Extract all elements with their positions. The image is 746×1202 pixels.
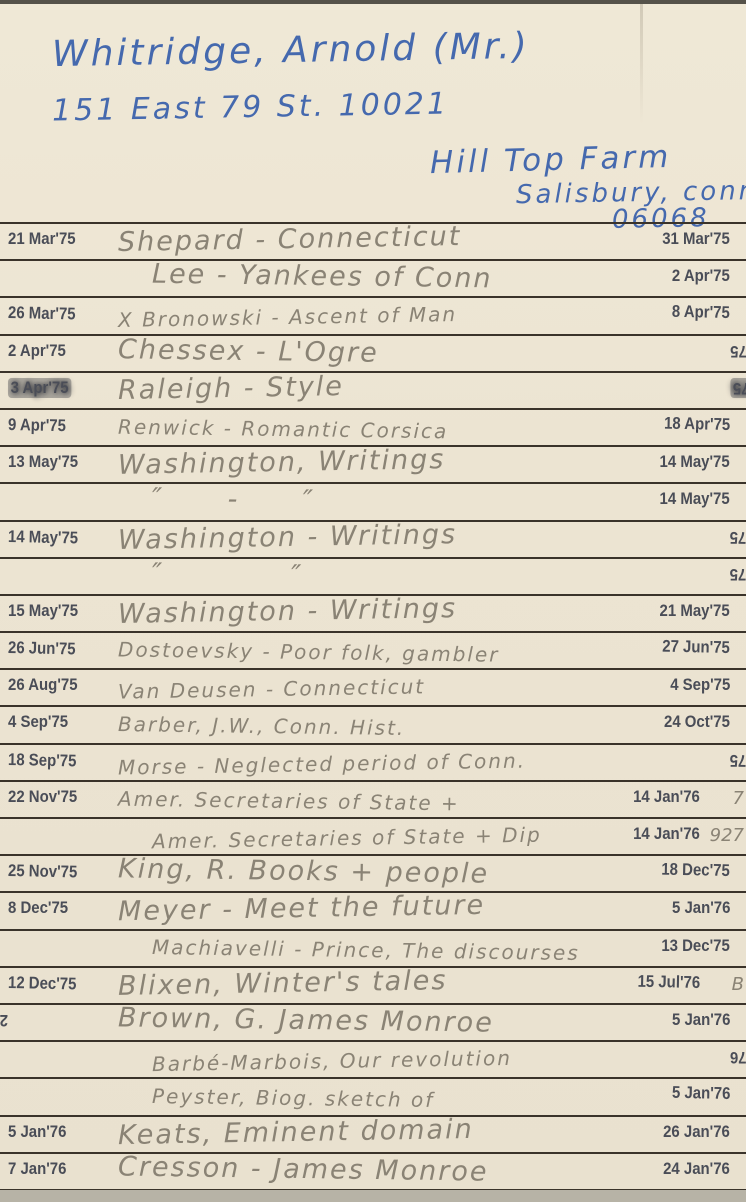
book-title: Washington - Writings <box>118 593 458 630</box>
book-title: Keats, Eminent domain <box>118 1113 474 1150</box>
checkout-date-stamp: 5 Jan'76 <box>8 1122 66 1142</box>
checkout-date-stamp: 8 Dec'75 <box>8 898 68 918</box>
due-date-stamp: 13 Dec'75 <box>662 936 730 956</box>
book-title: Washington - Writings <box>118 519 458 556</box>
checkout-row: 14 May'75Washington - Writings15 May'75 <box>0 522 746 559</box>
book-title: Meyer - Meet the future <box>118 890 486 927</box>
book-title: Cresson - James Monroe <box>118 1151 489 1187</box>
due-date-stamp: 18 Dec'75 <box>661 860 730 881</box>
checkout-date-stamp: 12 Dec'75 <box>8 973 77 994</box>
due-date-stamp: 8 Apr'75 <box>672 302 730 323</box>
due-date-stamp: 5 Jan'76 <box>672 1010 730 1030</box>
checkout-row: Machiavelli - Prince, The discourses13 D… <box>0 931 746 968</box>
checkout-date-stamp: 2 Jan'76 <box>0 1010 8 1030</box>
due-date-stamp: 4 Sep'75 <box>670 675 730 695</box>
borrower-address: 151 East 79 St. 10021 <box>52 87 450 129</box>
checkout-row: 25 Nov'75King, R. Books + people18 Dec'7… <box>0 856 746 893</box>
checkout-row: 21 Mar'75Shepard - Connecticut31 Mar'75 <box>0 224 746 261</box>
checkout-row: 7 Jan'76Cresson - James Monroe24 Jan'76 <box>0 1154 746 1191</box>
checkout-row: 12 Dec'75Blixen, Winter's tales15 Jul'76… <box>0 968 746 1005</box>
due-date-stamp: 21 May'75 <box>660 601 730 621</box>
book-title: Shepard - Connecticut <box>118 221 462 258</box>
checkout-row: 13 May'75Washington, Writings14 May'75 <box>0 447 746 484</box>
checkout-row: 22 Nov'75Amer. Secretaries of State +14 … <box>0 782 746 819</box>
pencil-note: B <box>732 974 744 995</box>
checkout-row: 26 Aug'75Van Deusen - Connecticut4 Sep'7… <box>0 670 746 707</box>
book-title: Machiavelli - Prince, The discourses <box>152 935 580 965</box>
due-date-stamp: 24 Oct'75 <box>664 712 730 732</box>
due-date-stamp: 31 Mar'75 <box>662 229 730 249</box>
checkout-row: 18 Sep'75Morse - Neglected period of Con… <box>0 745 746 782</box>
farm-name: Hill Top Farm <box>430 139 672 181</box>
checkout-row: Barbé-Marbois, Our revolution23 Jan'76 <box>0 1042 746 1079</box>
book-title: Dostoevsky - Poor folk, gambler <box>118 637 500 666</box>
checkout-row: 8 Dec'75Meyer - Meet the future5 Jan'76 <box>0 893 746 930</box>
due-date-stamp: 15 May'75 <box>730 527 746 548</box>
checkout-row: 5 Jan'76Keats, Eminent domain26 Jan'76 <box>0 1117 746 1154</box>
checkout-row: 26 Jun'75Dostoevsky - Poor folk, gambler… <box>0 633 746 670</box>
checkout-date-stamp: 13 May'75 <box>8 452 78 472</box>
checkout-row: 4 Sep'75Barber, J.W., Conn. Hist.24 Oct'… <box>0 707 746 744</box>
checkout-date-stamp: 25 Nov'75 <box>8 861 78 882</box>
checkout-row: ″ ″15 May'75 <box>0 559 746 596</box>
book-title: King, R. Books + people <box>118 854 490 890</box>
book-title: Lee - Yankees of Conn <box>152 259 493 295</box>
book-title: Barber, J.W., Conn. Hist. <box>118 712 406 740</box>
checkout-date-stamp: 26 Jun'75 <box>8 638 76 659</box>
due-date-stamp: 14 Apr'75 <box>730 378 746 398</box>
card-bottom-edge <box>0 1190 746 1202</box>
borrower-name: Whitridge, Arnold (Mr.) <box>52 26 530 75</box>
checkout-row: Peyster, Biog. sketch of5 Jan'76 <box>0 1079 746 1116</box>
book-title: Amer. Secretaries of State + <box>118 786 460 815</box>
due-date-stamp: 2 Apr'75 <box>672 266 730 286</box>
checkout-date-stamp: 4 Sep'75 <box>8 712 68 732</box>
due-date-stamp: 14 May'75 <box>660 489 730 509</box>
due-date-stamp: 13 Apr'75 <box>730 341 746 361</box>
checkout-row: 2 Jan'76Brown, G. James Monroe5 Jan'76 <box>0 1005 746 1042</box>
due-date-stamp: 15 May'75 <box>730 564 746 584</box>
checkout-date-stamp: 15 May'75 <box>8 601 78 621</box>
due-date-stamp: 18 Apr'75 <box>664 414 731 435</box>
checkout-row: 3 Apr'75Raleigh - Style14 Apr'75 <box>0 373 746 410</box>
checkout-date-stamp: 9 Apr'75 <box>8 415 66 436</box>
checkout-date-stamp: 2 Apr'75 <box>8 341 66 361</box>
checkout-row: ″ - ″14 May'75 <box>0 484 746 521</box>
book-title: Chessex - L'Ogre <box>118 334 379 369</box>
due-date-stamp: 14 May'75 <box>660 452 730 472</box>
book-title: Morse - Neglected period of Conn. <box>118 748 526 779</box>
checkout-row: 2 Apr'75Chessex - L'Ogre13 Apr'75 <box>0 336 746 373</box>
checkout-date-stamp: 18 Sep'75 <box>8 750 77 771</box>
book-title: Raleigh - Style <box>118 371 344 406</box>
checkout-date-stamp: 3 Apr'75 <box>8 378 71 398</box>
due-date-stamp: 26 Jan'76 <box>663 1122 730 1142</box>
due-date-stamp: 5 Jan'76 <box>671 1083 730 1104</box>
pencil-note: 7 <box>733 788 744 809</box>
book-title: Amer. Secretaries of State + Dip <box>152 823 542 854</box>
checkout-row: 26 Mar'75X Bronowski - Ascent of Man8 Ap… <box>0 298 746 335</box>
checkout-rows: 21 Mar'75Shepard - Connecticut31 Mar'75L… <box>0 222 746 1191</box>
due-date-stamp: 24 Jan'76 <box>663 1159 730 1179</box>
due-date-stamp: 24 Nov'75 <box>730 750 746 771</box>
due-date-stamp: 23 Jan'76 <box>730 1047 746 1067</box>
checkout-date-stamp: 7 Jan'76 <box>8 1159 66 1179</box>
library-borrower-card: Whitridge, Arnold (Mr.) 151 East 79 St. … <box>0 0 746 1202</box>
due-date-stamp: 14 Jan'76 <box>633 824 700 844</box>
book-title: X Bronowski - Ascent of Man <box>118 302 457 332</box>
checkout-date-stamp: 26 Aug'75 <box>8 675 78 695</box>
book-title: Brown, G. James Monroe <box>118 1002 494 1038</box>
book-title: Renwick - Romantic Corsica <box>118 415 449 444</box>
book-title: Peyster, Biog. sketch of <box>152 1084 435 1112</box>
checkout-date-stamp: 14 May'75 <box>8 527 79 548</box>
book-title: Blixen, Winter's tales <box>118 965 448 1002</box>
checkout-row: Lee - Yankees of Conn2 Apr'75 <box>0 261 746 298</box>
paper-crease <box>640 4 643 124</box>
book-title: Van Deusen - Connecticut <box>118 675 426 704</box>
pencil-note: 927 <box>710 825 744 846</box>
due-date-stamp: 5 Jan'76 <box>672 898 730 918</box>
due-date-stamp: 14 Jan'76 <box>633 787 700 807</box>
book-title: Washington, Writings <box>118 444 446 481</box>
checkout-row: 15 May'75Washington - Writings21 May'75 <box>0 596 746 633</box>
due-date-stamp: 15 Jul'76 <box>637 971 700 992</box>
checkout-row: Amer. Secretaries of State + Dip14 Jan'7… <box>0 819 746 856</box>
due-date-stamp: 27 Jun'75 <box>662 637 730 658</box>
book-title: ″ - ″ <box>152 483 315 516</box>
book-title: Barbé-Marbois, Our revolution <box>152 1046 512 1076</box>
checkout-date-stamp: 22 Nov'75 <box>8 787 77 807</box>
checkout-row: 9 Apr'75Renwick - Romantic Corsica18 Apr… <box>0 410 746 447</box>
checkout-date-stamp: 26 Mar'75 <box>8 303 76 324</box>
book-title: ″ ″ <box>152 558 304 591</box>
checkout-date-stamp: 21 Mar'75 <box>8 229 76 249</box>
